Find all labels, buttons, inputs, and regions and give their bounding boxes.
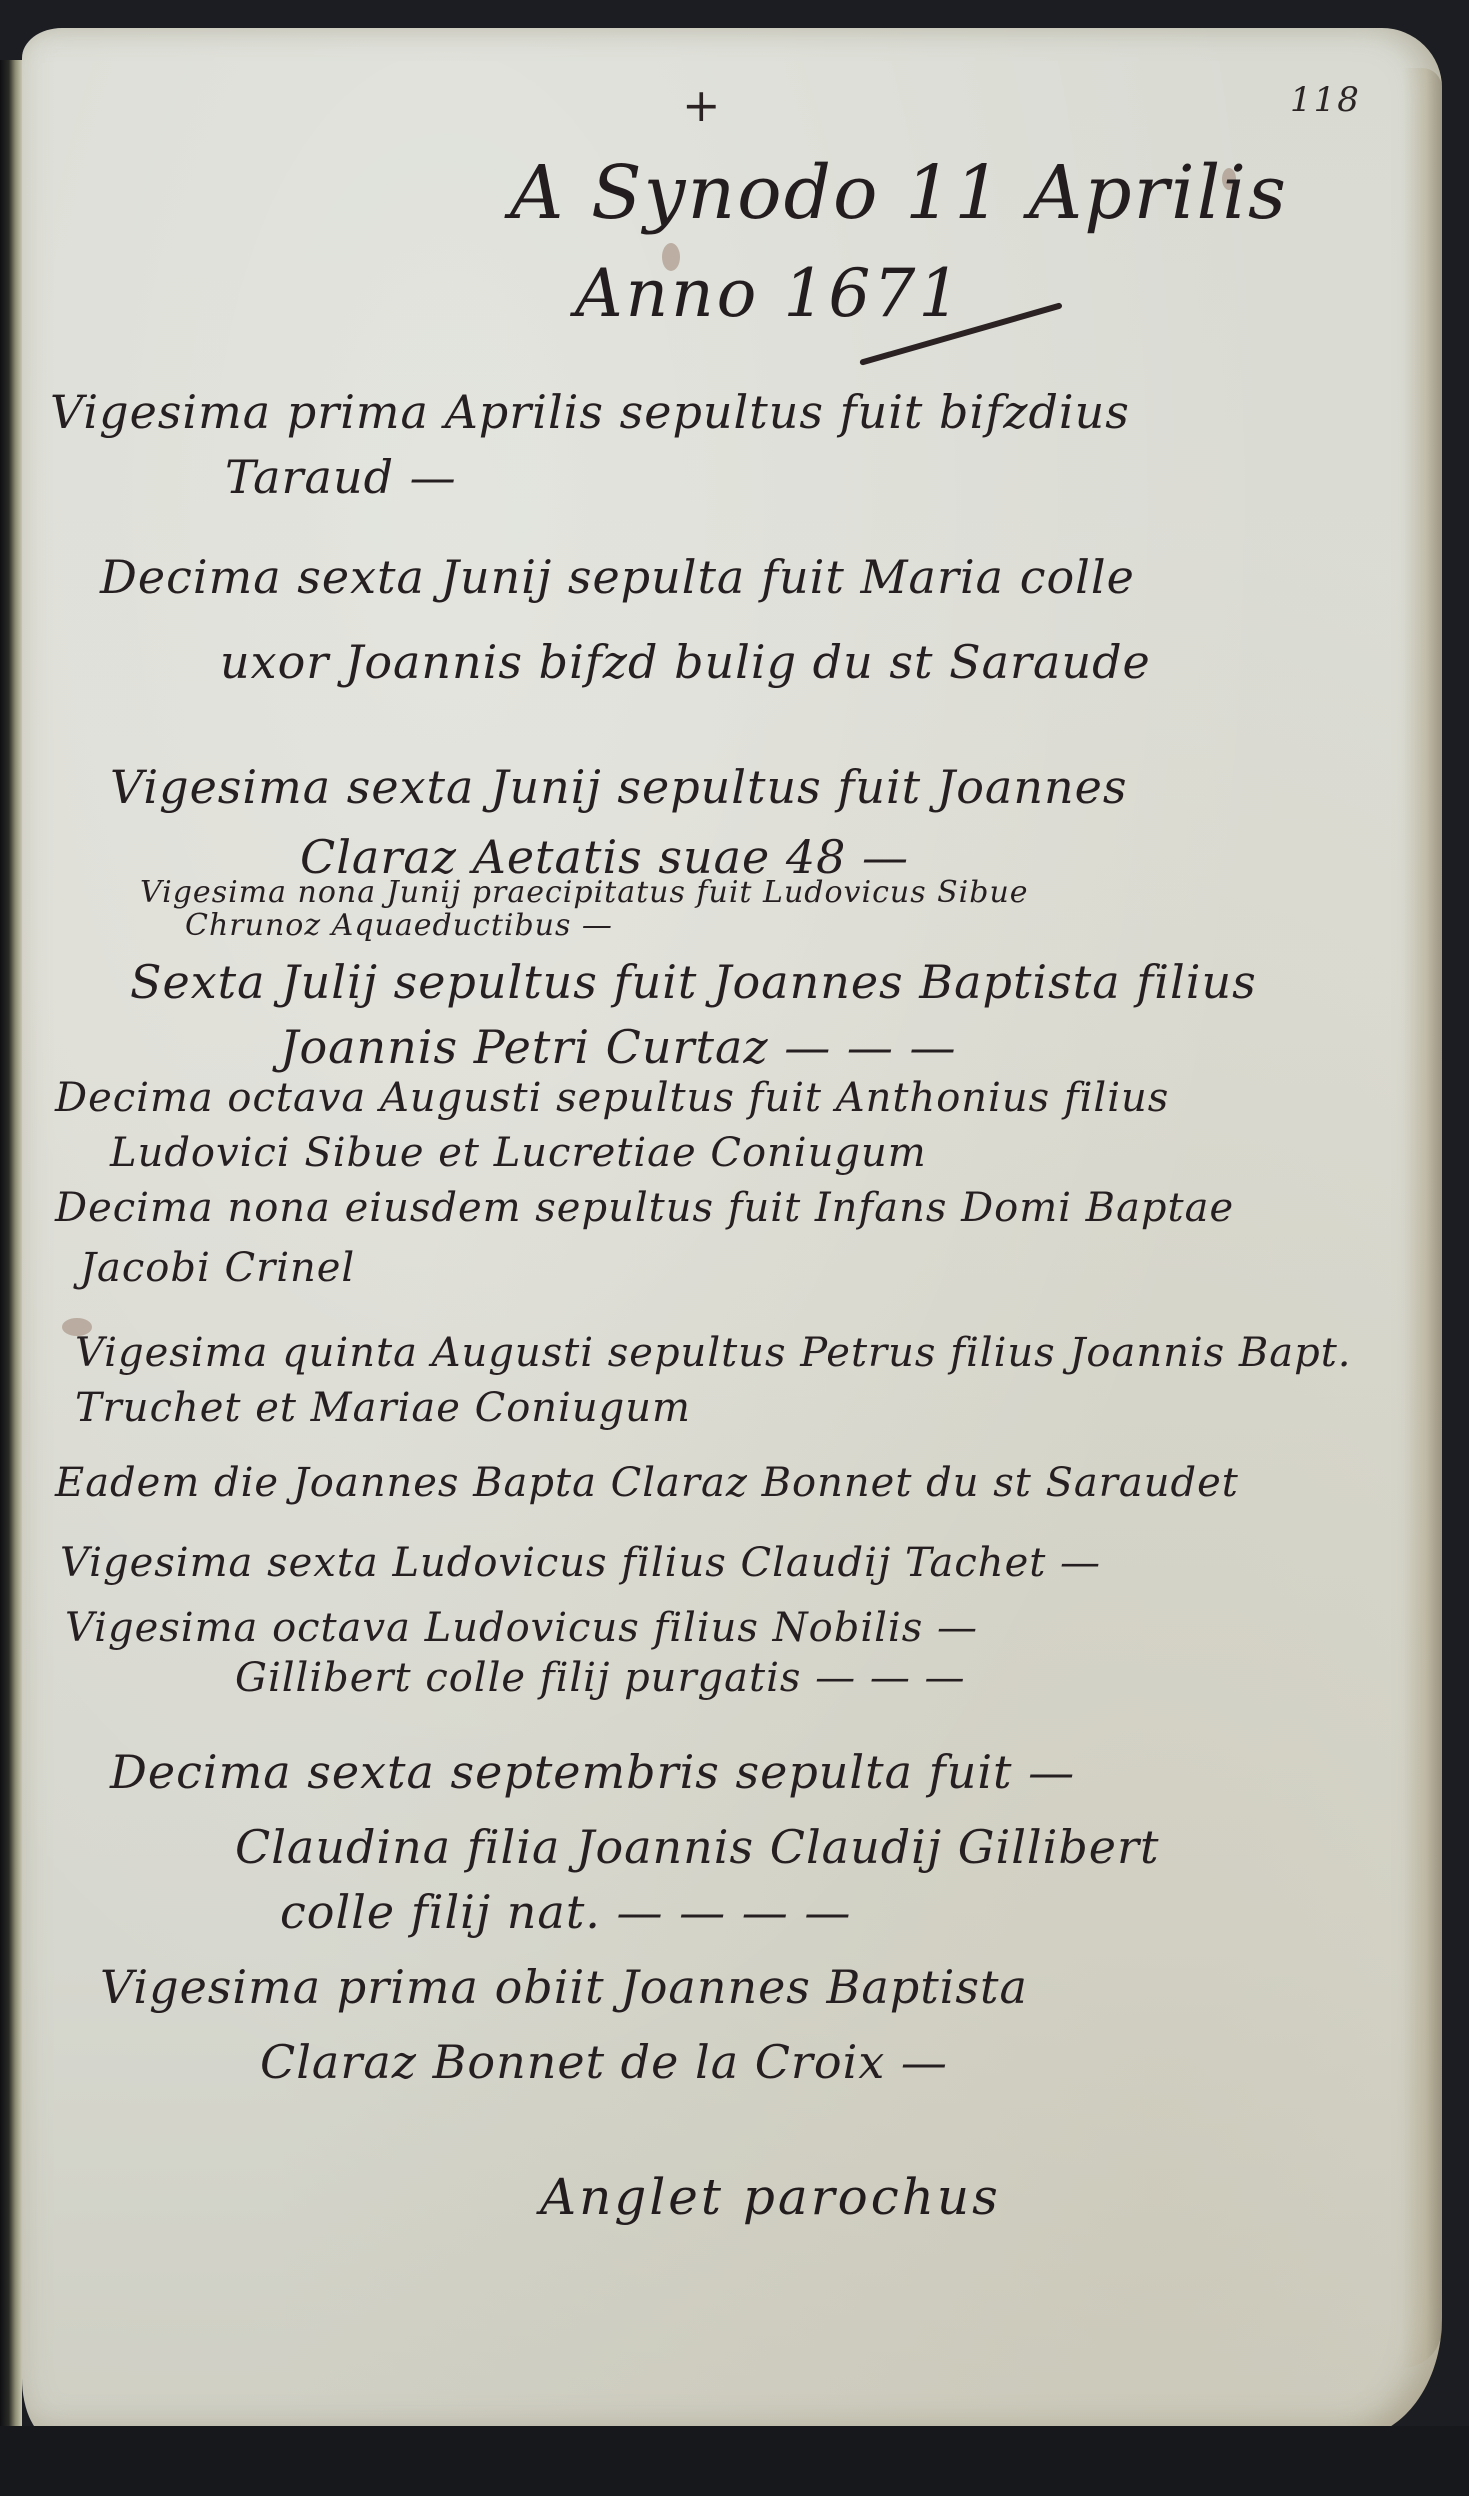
folio-number: 118 — [1290, 80, 1361, 120]
entry-5-line-2: Joannis Petri Curtaz — — — — [280, 1020, 957, 1074]
entry-11-line-1: Vigesima octava Ludovicus filius Nobilis… — [65, 1605, 978, 1651]
entry-12-line-3: colle filij nat. — — — — — [280, 1885, 851, 1939]
page-curl-edge — [1402, 68, 1442, 2368]
entry-5-line-1: Sexta Julij sepultus fuit Joannes Baptis… — [130, 955, 1257, 1009]
entry-8-line-2: Truchet et Mariae Coniugum — [75, 1385, 691, 1431]
entry-13-line-1: Vigesima prima obiit Joannes Baptista — [100, 1960, 1028, 2014]
scanned-document: + 118 A Synodo 11 Aprilis Anno 1671 Vige… — [0, 0, 1469, 2496]
page-heading-line-1: A Synodo 11 Aprilis — [510, 150, 1288, 236]
entry-6-line-1: Decima octava Augusti sepultus fuit Anth… — [55, 1075, 1169, 1121]
header-cross-mark: + — [682, 78, 721, 132]
entry-11-line-2: Gillibert colle filij purgatis — — — — [235, 1655, 966, 1701]
entry-7-line-1: Decima nona eiusdem sepultus fuit Infans… — [55, 1185, 1234, 1231]
entry-2-line-1: Decima sexta Junij sepulta fuit Maria co… — [100, 550, 1135, 604]
entry-2-line-2: uxor Joannis bifzd bulig du st Saraude — [220, 635, 1151, 689]
book-binding-edge — [0, 60, 22, 2440]
entry-6-line-2: Ludovici Sibue et Lucretiae Coniugum — [110, 1130, 927, 1176]
entry-3-line-1: Vigesima sexta Junij sepultus fuit Joann… — [110, 760, 1127, 814]
entry-12-line-2: Claudina filia Joannis Claudij Gillibert — [235, 1820, 1160, 1874]
page-heading-line-2: Anno 1671 — [575, 255, 963, 332]
scan-background-bottom — [0, 2426, 1469, 2496]
entry-1-line-1: Vigesima prima Aprilis sepultus fuit bif… — [50, 385, 1130, 439]
entry-7-line-2: Jacobi Crinel — [80, 1245, 355, 1291]
entry-8-line-1: Vigesima quinta Augusti sepultus Petrus … — [75, 1330, 1352, 1376]
entry-12-line-1: Decima sexta septembris sepulta fuit — — [110, 1745, 1075, 1799]
entry-4-line-1: Vigesima nona Junij praecipitatus fuit L… — [140, 875, 1029, 910]
entry-10-line-1: Vigesima sexta Ludovicus filius Claudij … — [60, 1540, 1101, 1586]
entry-4-line-2: Chrunoz Aquaeductibus — — [185, 908, 613, 943]
parish-priest-signature: Anglet parochus — [540, 2168, 1001, 2226]
entry-1-line-2: Taraud — — [225, 450, 457, 504]
entry-13-line-2: Claraz Bonnet de la Croix — — [260, 2035, 948, 2089]
entry-9-line-1: Eadem die Joannes Bapta Claraz Bonnet du… — [55, 1460, 1239, 1506]
